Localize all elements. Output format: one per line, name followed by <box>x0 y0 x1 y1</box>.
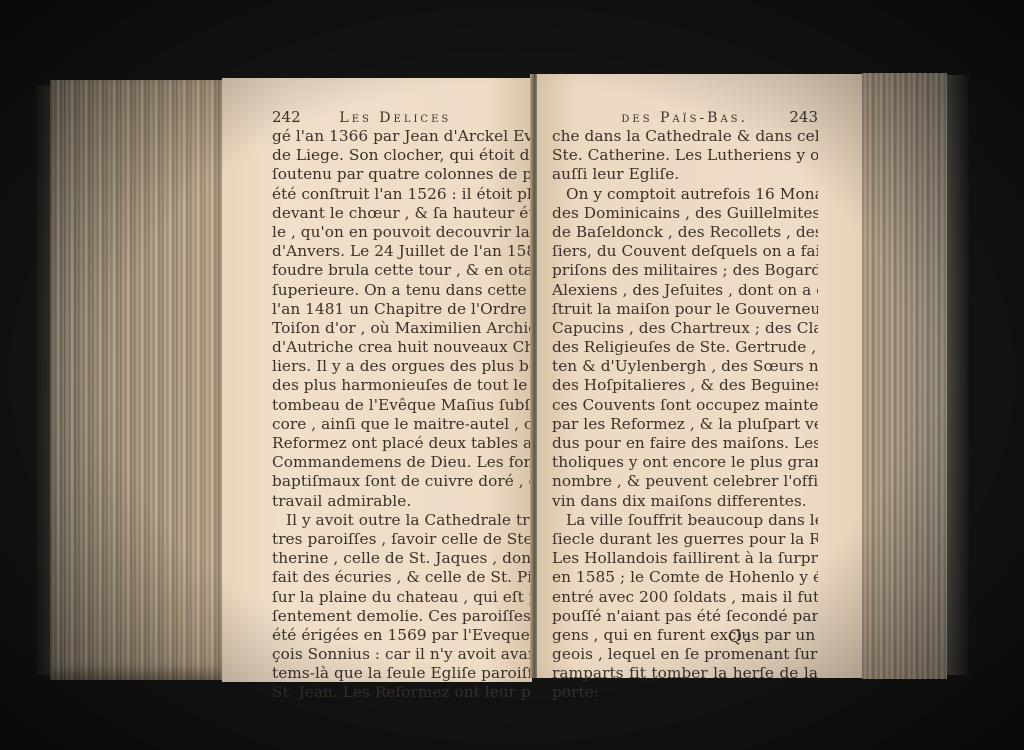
left-running-head: 242 Les Delices <box>272 108 530 127</box>
text-line: ſiers, du Couvent deſquels on a fait les <box>552 242 818 261</box>
text-line: çois Sonnius : car il n'y avoit avant ce <box>272 645 530 664</box>
text-line: ſiecle durant les guerres pour la Religi… <box>552 530 818 549</box>
text-line: des Hoſpitalieres , & des Beguines. Tous <box>552 376 818 395</box>
text-line: tems-là que la ſeule Egliſe paroiſſiale … <box>272 664 530 683</box>
running-head-title: Les Delices <box>301 109 530 128</box>
text-line: d'Anvers. Le 24 Juillet de l'an 1584 la <box>272 242 530 261</box>
text-line: foudre brula cette tour , & en ota la pa… <box>272 261 530 280</box>
text-line: vin dans dix maiſons differentes. <box>552 492 818 511</box>
text-line: auſſi leur Egliſe. <box>552 165 818 184</box>
text-line: de Baſeldonck , des Recollets , des Croi… <box>552 223 818 242</box>
text-line: devant le chœur , & ſa hauteur étoit tel… <box>272 204 530 223</box>
signature-number: 2 <box>744 632 751 645</box>
page-number: 242 <box>272 108 301 127</box>
text-line: été érigées en 1569 par l'Eveque Fran- <box>272 626 530 645</box>
text-line: pouſſé n'aiant pas été ſecondé par ſes <box>552 607 818 626</box>
text-line: ſur la plaine du chateau , qui eſt pre- <box>272 588 530 607</box>
text-line: en 1585 ; le Comte de Hohenlo y étoit <box>552 568 818 587</box>
text-line: core , ainſi que le maitre-autel , où le… <box>272 415 530 434</box>
text-line: entré avec 200 ſoldats , mais il fut re- <box>552 588 818 607</box>
text-line: che dans la Cathedrale & dans celle de <box>552 127 818 146</box>
signature-mark: Q2 <box>728 628 751 648</box>
text-line: le , qu'on en pouvoit decouvrir la ville <box>272 223 530 242</box>
running-head-title: des Païs-Bas. <box>560 109 789 128</box>
signature-letter: Q <box>728 627 742 647</box>
text-line: geois , lequel en ſe promenant ſur les <box>552 645 818 664</box>
page-number: 243 <box>789 108 818 127</box>
text-line: nombre , & peuvent celebrer l'office di- <box>552 472 818 491</box>
text-line: Les Hollandois faillirent à la ſurprendr… <box>552 549 818 568</box>
right-page: des Païs-Bas. 243 che dans la Cathedrale… <box>537 74 862 678</box>
text-line: par les Reformez , & la pluſpart ven- <box>552 415 818 434</box>
text-line: Ste. Catherine. Les Lutheriens y ont <box>552 146 818 165</box>
text-line: de Liege. Son clocher, qui étoit de bois <box>272 146 530 165</box>
text-line: Il y avoit outre la Cathedrale trois au- <box>272 511 530 530</box>
text-line: gé l'an 1366 par Jean d'Arckel Evêque <box>272 127 530 146</box>
text-line: ſuperieure. On a tenu dans cette Egliſe <box>272 281 530 300</box>
text-line: été conſtruit l'an 1526 : il étoit placé <box>272 185 530 204</box>
text-line: therine , celle de St. Jaques , dont on … <box>272 549 530 568</box>
text-line: Reformez ont placé deux tables avec les <box>272 434 530 453</box>
text-line: Alexiens , des Jeſuites , dont on a con- <box>552 281 818 300</box>
text-line: ten & d'Uylenbergh , des Sœurs noires , <box>552 357 818 376</box>
text-line: Commandemens de Dieu. Les fonts <box>272 453 530 472</box>
text-line: tres paroiſſes , ſavoir celle de Ste. Ca… <box>272 530 530 549</box>
text-line: priſons des militaires ; des Bogards , d… <box>552 261 818 280</box>
text-line: ſentement demolie. Ces paroiſſes avoient <box>272 607 530 626</box>
right-cover-edge <box>947 75 969 675</box>
text-line: Toiſon d'or , où Maximilien Archiduc <box>272 319 530 338</box>
left-page-text: 242 Les Delices gé l'an 1366 par Jean d'… <box>272 108 530 703</box>
text-line: baptiſmaux ſont de cuivre doré , d'un <box>272 472 530 491</box>
right-page-text: des Païs-Bas. 243 che dans la Cathedrale… <box>552 108 818 703</box>
text-line: ſtruit la maiſon pour le Gouverneur ; de… <box>552 300 818 319</box>
text-line: ſoutenu par quatre colonnes de pierre, a <box>272 165 530 184</box>
open-book: 242 Les Delices gé l'an 1366 par Jean d'… <box>0 0 1024 750</box>
text-line: porte: <box>552 683 818 702</box>
right-page-stack <box>862 73 947 679</box>
text-line: St. Jean. Les Reformez ont leur pré- <box>272 683 530 702</box>
text-line: fait des écuries , & celle de St. Pierre <box>272 568 530 587</box>
text-line: Capucins , des Chartreux ; des Clariſſes… <box>552 319 818 338</box>
text-line: des Dominicains , des Guillelmites, dits <box>552 204 818 223</box>
text-line: des plus harmonieuſes de tout le païs. L… <box>272 376 530 395</box>
text-line: dus pour en faire des maiſons. Les Ca- <box>552 434 818 453</box>
text-line: ces Couvents ſont occupez maintenant <box>552 396 818 415</box>
text-line: liers. Il y a des orgues des plus belles… <box>272 357 530 376</box>
right-running-head: des Païs-Bas. 243 <box>552 108 818 127</box>
text-line: tombeau de l'Evêque Maſius ſubſiſte en- <box>272 396 530 415</box>
text-line: travail admirable. <box>272 492 530 511</box>
text-line: La ville ſouffrit beaucoup dans le XVI <box>552 511 818 530</box>
text-line: tholiques y ont encore le plus grand <box>552 453 818 472</box>
left-page: 242 Les Delices gé l'an 1366 par Jean d'… <box>222 78 532 682</box>
left-page-stack <box>50 80 222 680</box>
text-line: ramparts fit tomber la herſe de la <box>552 664 818 683</box>
text-line: l'an 1481 un Chapitre de l'Ordre de la <box>272 300 530 319</box>
text-line: gens , qui en furent exclus par un bour- <box>552 626 818 645</box>
text-line: des Religieuſes de Ste. Gertrude , d'Or- <box>552 338 818 357</box>
text-line: On y comptoit autrefois 16 Monaſteres, <box>552 185 818 204</box>
text-line: d'Autriche crea huit nouveaux Cheva- <box>272 338 530 357</box>
